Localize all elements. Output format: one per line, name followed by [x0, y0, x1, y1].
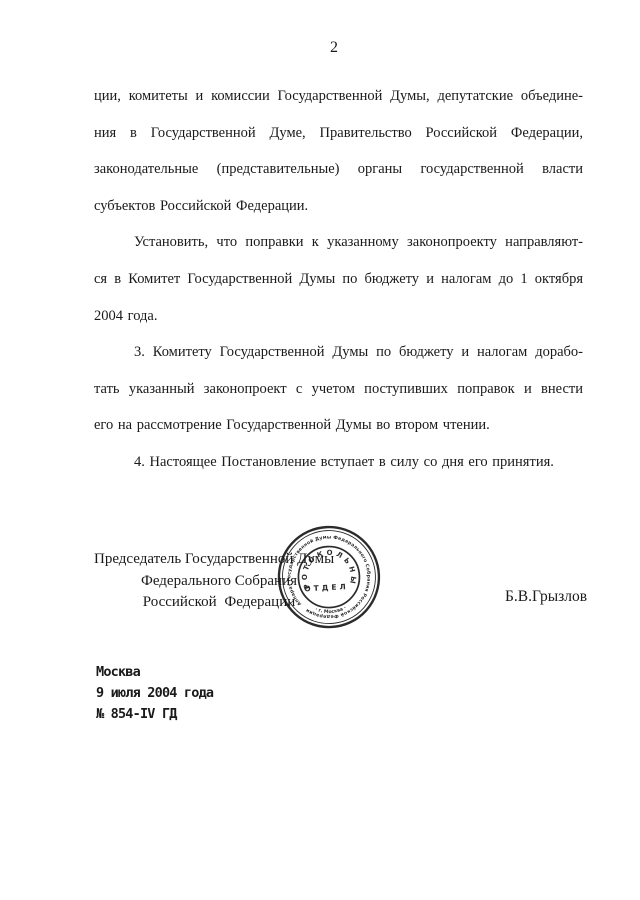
official-round-stamp-icon: Аппарат Государственной Думы Федеральног…	[266, 513, 394, 643]
footer-number: № 854-IV ГД	[96, 704, 213, 725]
footer-block: Москва 9 июля 2004 года № 854-IV ГД	[96, 662, 213, 724]
document-body: ции, комитеты и комиссии Государственной…	[94, 78, 583, 481]
body-line-9: тать указанный законопроект с учетом пос…	[94, 371, 583, 408]
body-line-8: 3. Комитету Государственной Думы по бюдж…	[94, 334, 583, 371]
body-line-2: ния в Государственной Думе, Правительств…	[94, 115, 583, 152]
footer-city: Москва	[96, 662, 213, 683]
body-line-4: субъектов Российской Федерации.	[94, 188, 583, 225]
footer-date: 9 июля 2004 года	[96, 683, 213, 704]
signatory-name: Б.В.Грызлов	[505, 588, 587, 606]
body-line-11: 4. Настоящее Постановление вступает в си…	[94, 444, 583, 481]
body-line-1: ции, комитеты и комиссии Государственной…	[94, 78, 583, 115]
stamp-center-text: ОТДЕЛ	[304, 582, 349, 593]
body-line-10: его на рассмотрение Государственной Думы…	[94, 407, 583, 444]
page-number: 2	[330, 39, 338, 57]
body-line-5: Установить, что поправки к указанному за…	[94, 224, 583, 261]
body-line-3: законодательные (представительные) орган…	[94, 151, 583, 188]
document-page: 2 ции, комитеты и комиссии Государственн…	[0, 0, 640, 900]
body-line-7: 2004 года.	[94, 298, 583, 335]
body-line-6: ся в Комитет Государственной Думы по бюд…	[94, 261, 583, 298]
